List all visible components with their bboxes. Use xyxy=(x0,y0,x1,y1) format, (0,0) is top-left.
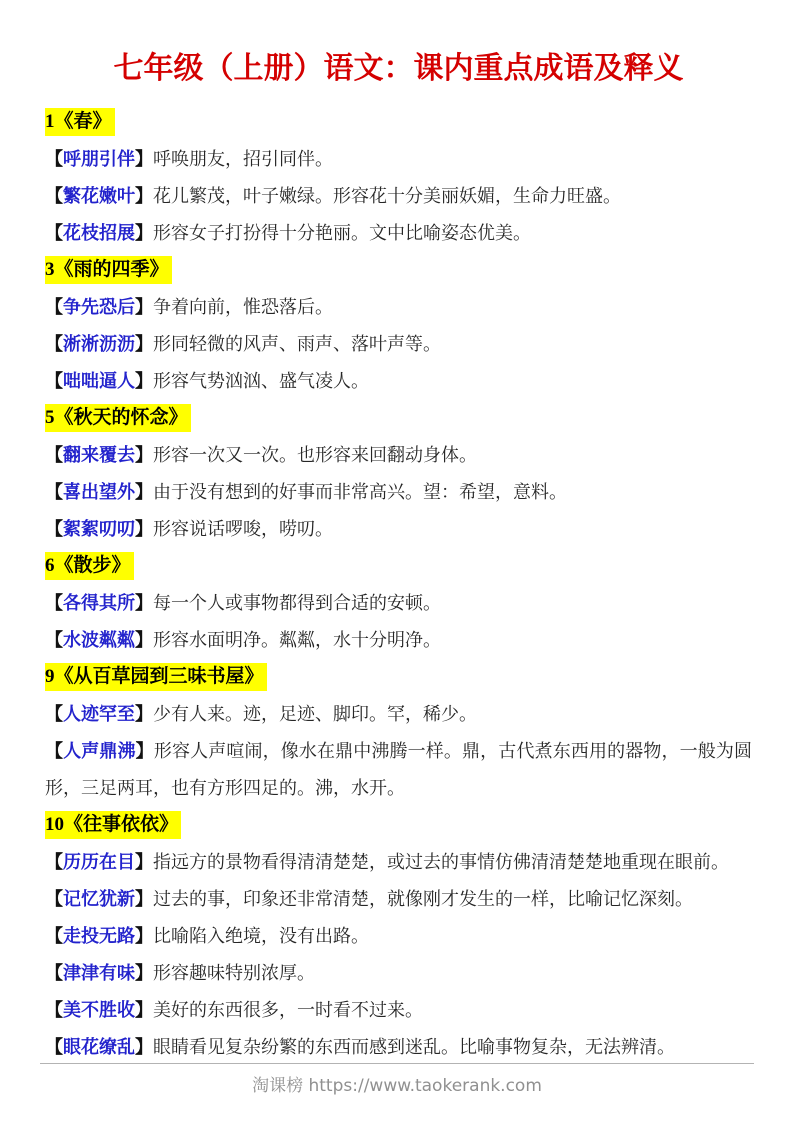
idiom-entry: 【历历在目】指远方的景物看得清清楚楚，或过去的事情仿佛清清楚楚地重现在眼前。 xyxy=(45,844,752,881)
idiom-definition: 形容一次又一次。也形容来回翻动身体。 xyxy=(153,445,477,465)
idiom-term: 人声鼎沸 xyxy=(63,741,136,761)
bracket-open: 【 xyxy=(45,223,63,243)
section-chun: 1《春》 【呼朋引伴】呼唤朋友，招引同伴。 【繁花嫩叶】花儿繁茂，叶子嫩绿。形容… xyxy=(45,104,752,252)
section-yudesiji: 3《雨的四季》 【争先恐后】争着向前，惟恐落后。 【淅淅沥沥】形同轻微的风声、雨… xyxy=(45,252,752,400)
idiom-entry: 【絮絮叨叨】形容说话啰唆，唠叨。 xyxy=(45,511,752,548)
idiom-entry: 【淅淅沥沥】形同轻微的风声、雨声、落叶声等。 xyxy=(45,326,752,363)
bracket-close: 】 xyxy=(135,926,153,946)
bracket-open: 【 xyxy=(45,852,63,872)
footer-site-name: 淘课榜 xyxy=(252,1076,303,1096)
bracket-open: 【 xyxy=(45,297,63,317)
idiom-entry: 【津津有味】形容趣味特别浓厚。 xyxy=(45,955,752,992)
bracket-close: 】 xyxy=(135,963,153,983)
idiom-entry: 【眼花缭乱】眼睛看见复杂纷繁的东西而感到迷乱。比喻事物复杂，无法辨清。 xyxy=(45,1029,752,1066)
bracket-close: 】 xyxy=(135,371,153,391)
idiom-term: 繁花嫩叶 xyxy=(63,186,135,206)
section-heading-row: 6《散步》 xyxy=(45,548,752,585)
idiom-entry: 【人声鼎沸】形容人声喧闹，像水在鼎中沸腾一样。鼎，古代煮东西用的器物，一般为圆形… xyxy=(45,733,752,807)
idiom-term: 花枝招展 xyxy=(63,223,135,243)
idiom-entry: 【美不胜收】美好的东西很多，一时看不过来。 xyxy=(45,992,752,1029)
page-footer: 淘课榜 https://www.taokerank.com xyxy=(40,1063,754,1096)
idiom-term: 人迹罕至 xyxy=(63,704,135,724)
bracket-open: 【 xyxy=(45,593,63,613)
section-wangshiyiyi: 10《往事依依》 【历历在目】指远方的景物看得清清楚楚，或过去的事情仿佛清清楚楚… xyxy=(45,807,752,1066)
bracket-open: 【 xyxy=(45,926,63,946)
bracket-close: 】 xyxy=(135,704,153,724)
idiom-term: 翻来覆去 xyxy=(63,445,135,465)
idiom-definition: 眼睛看见复杂纷繁的东西而感到迷乱。比喻事物复杂，无法辨清。 xyxy=(153,1037,675,1057)
footer-url: https://www.taokerank.com xyxy=(308,1076,541,1096)
bracket-close: 】 xyxy=(135,297,153,317)
bracket-close: 】 xyxy=(135,1000,153,1020)
idiom-entry: 【咄咄逼人】形容气势汹汹、盛气凌人。 xyxy=(45,363,752,400)
bracket-close: 】 xyxy=(135,149,153,169)
bracket-close: 】 xyxy=(135,852,153,872)
idiom-term: 走投无路 xyxy=(63,926,135,946)
idiom-term: 眼花缭乱 xyxy=(63,1037,135,1057)
bracket-close: 】 xyxy=(135,1037,153,1057)
bracket-open: 【 xyxy=(45,704,63,724)
bracket-close: 】 xyxy=(135,889,153,909)
bracket-open: 【 xyxy=(45,630,63,650)
idiom-entry: 【记忆犹新】过去的事，印象还非常清楚，就像刚才发生的一样，比喻记忆深刻。 xyxy=(45,881,752,918)
idiom-term: 淅淅沥沥 xyxy=(63,334,135,354)
idiom-definition: 由于没有想到的好事而非常高兴。望：希望，意料。 xyxy=(153,482,567,502)
bracket-close: 】 xyxy=(136,741,154,761)
bracket-close: 】 xyxy=(135,186,153,206)
idiom-definition: 争着向前，惟恐落后。 xyxy=(153,297,333,317)
idiom-definition: 花儿繁茂，叶子嫩绿。形容花十分美丽妖媚，生命力旺盛。 xyxy=(153,186,621,206)
bracket-open: 【 xyxy=(45,1000,63,1020)
bracket-open: 【 xyxy=(45,445,63,465)
idiom-entry: 【水波粼粼】形容水面明净。粼粼，水十分明净。 xyxy=(45,622,752,659)
section-heading: 9《从百草园到三味书屋》 xyxy=(45,663,267,691)
idiom-entry: 【争先恐后】争着向前，惟恐落后。 xyxy=(45,289,752,326)
section-sanbu: 6《散步》 【各得其所】每一个人或事物都得到合适的安顿。 【水波粼粼】形容水面明… xyxy=(45,548,752,659)
idiom-entry: 【人迹罕至】少有人来。迹，足迹、脚印。罕，稀少。 xyxy=(45,696,752,733)
bracket-close: 】 xyxy=(135,593,153,613)
bracket-close: 】 xyxy=(135,223,153,243)
idiom-definition: 过去的事，印象还非常清楚，就像刚才发生的一样，比喻记忆深刻。 xyxy=(153,889,693,909)
bracket-open: 【 xyxy=(45,963,63,983)
idiom-entry: 【喜出望外】由于没有想到的好事而非常高兴。望：希望，意料。 xyxy=(45,474,752,511)
idiom-entry: 【花枝招展】形容女子打扮得十分艳丽。文中比喻姿态优美。 xyxy=(45,215,752,252)
idiom-definition: 形容气势汹汹、盛气凌人。 xyxy=(153,371,369,391)
section-heading-row: 5《秋天的怀念》 xyxy=(45,400,752,437)
section-heading-row: 3《雨的四季》 xyxy=(45,252,752,289)
section-heading: 10《往事依依》 xyxy=(45,811,181,839)
section-heading-row: 1《春》 xyxy=(45,104,752,141)
idiom-definition: 少有人来。迹，足迹、脚印。罕，稀少。 xyxy=(153,704,477,724)
idiom-term: 记忆犹新 xyxy=(63,889,135,909)
section-congbaicaoyuan: 9《从百草园到三味书屋》 【人迹罕至】少有人来。迹，足迹、脚印。罕，稀少。 【人… xyxy=(45,659,752,807)
idiom-definition: 形容水面明净。粼粼，水十分明净。 xyxy=(153,630,441,650)
bracket-open: 【 xyxy=(45,371,63,391)
bracket-open: 【 xyxy=(45,519,63,539)
idiom-definition: 形容说话啰唆，唠叨。 xyxy=(153,519,333,539)
bracket-close: 】 xyxy=(135,519,153,539)
document-page: 七年级（上册）语文：课内重点成语及释义 1《春》 【呼朋引伴】呼唤朋友，招引同伴… xyxy=(0,0,794,1122)
idiom-entry: 【翻来覆去】形容一次又一次。也形容来回翻动身体。 xyxy=(45,437,752,474)
bracket-close: 】 xyxy=(135,482,153,502)
page-title: 七年级（上册）语文：课内重点成语及释义 xyxy=(45,50,752,88)
idiom-term: 津津有味 xyxy=(63,963,135,983)
section-qiutiandehuainian: 5《秋天的怀念》 【翻来覆去】形容一次又一次。也形容来回翻动身体。 【喜出望外】… xyxy=(45,400,752,548)
idiom-definition: 美好的东西很多，一时看不过来。 xyxy=(153,1000,423,1020)
section-heading: 5《秋天的怀念》 xyxy=(45,404,191,432)
bracket-open: 【 xyxy=(45,889,63,909)
bracket-open: 【 xyxy=(45,1037,63,1057)
section-heading-row: 9《从百草园到三味书屋》 xyxy=(45,659,752,696)
idiom-definition: 形同轻微的风声、雨声、落叶声等。 xyxy=(153,334,441,354)
idiom-term: 水波粼粼 xyxy=(63,630,135,650)
idiom-definition: 呼唤朋友，招引同伴。 xyxy=(153,149,333,169)
bracket-open: 【 xyxy=(45,334,63,354)
idiom-entry: 【呼朋引伴】呼唤朋友，招引同伴。 xyxy=(45,141,752,178)
idiom-term: 呼朋引伴 xyxy=(63,149,135,169)
bracket-close: 】 xyxy=(135,630,153,650)
idiom-entry: 【各得其所】每一个人或事物都得到合适的安顿。 xyxy=(45,585,752,622)
idiom-term: 喜出望外 xyxy=(63,482,135,502)
bracket-open: 【 xyxy=(45,149,63,169)
idiom-term: 絮絮叨叨 xyxy=(63,519,135,539)
idiom-term: 历历在目 xyxy=(63,852,135,872)
idiom-term: 美不胜收 xyxy=(63,1000,135,1020)
idiom-entry: 【繁花嫩叶】花儿繁茂，叶子嫩绿。形容花十分美丽妖媚，生命力旺盛。 xyxy=(45,178,752,215)
idiom-definition: 指远方的景物看得清清楚楚，或过去的事情仿佛清清楚楚地重现在眼前。 xyxy=(153,852,729,872)
section-heading: 3《雨的四季》 xyxy=(45,256,172,284)
bracket-open: 【 xyxy=(45,482,63,502)
idiom-entry: 【走投无路】比喻陷入绝境，没有出路。 xyxy=(45,918,752,955)
section-heading: 1《春》 xyxy=(45,108,115,136)
idiom-definition: 形容女子打扮得十分艳丽。文中比喻姿态优美。 xyxy=(153,223,531,243)
section-heading-row: 10《往事依依》 xyxy=(45,807,752,844)
idiom-definition: 比喻陷入绝境，没有出路。 xyxy=(153,926,369,946)
idiom-term: 咄咄逼人 xyxy=(63,371,135,391)
bracket-close: 】 xyxy=(135,445,153,465)
idiom-definition: 形容趣味特别浓厚。 xyxy=(153,963,315,983)
idiom-term: 各得其所 xyxy=(63,593,135,613)
idiom-term: 争先恐后 xyxy=(63,297,135,317)
bracket-open: 【 xyxy=(45,186,63,206)
bracket-open: 【 xyxy=(45,741,63,761)
idiom-definition: 每一个人或事物都得到合适的安顿。 xyxy=(153,593,441,613)
bracket-close: 】 xyxy=(135,334,153,354)
section-heading: 6《散步》 xyxy=(45,552,134,580)
